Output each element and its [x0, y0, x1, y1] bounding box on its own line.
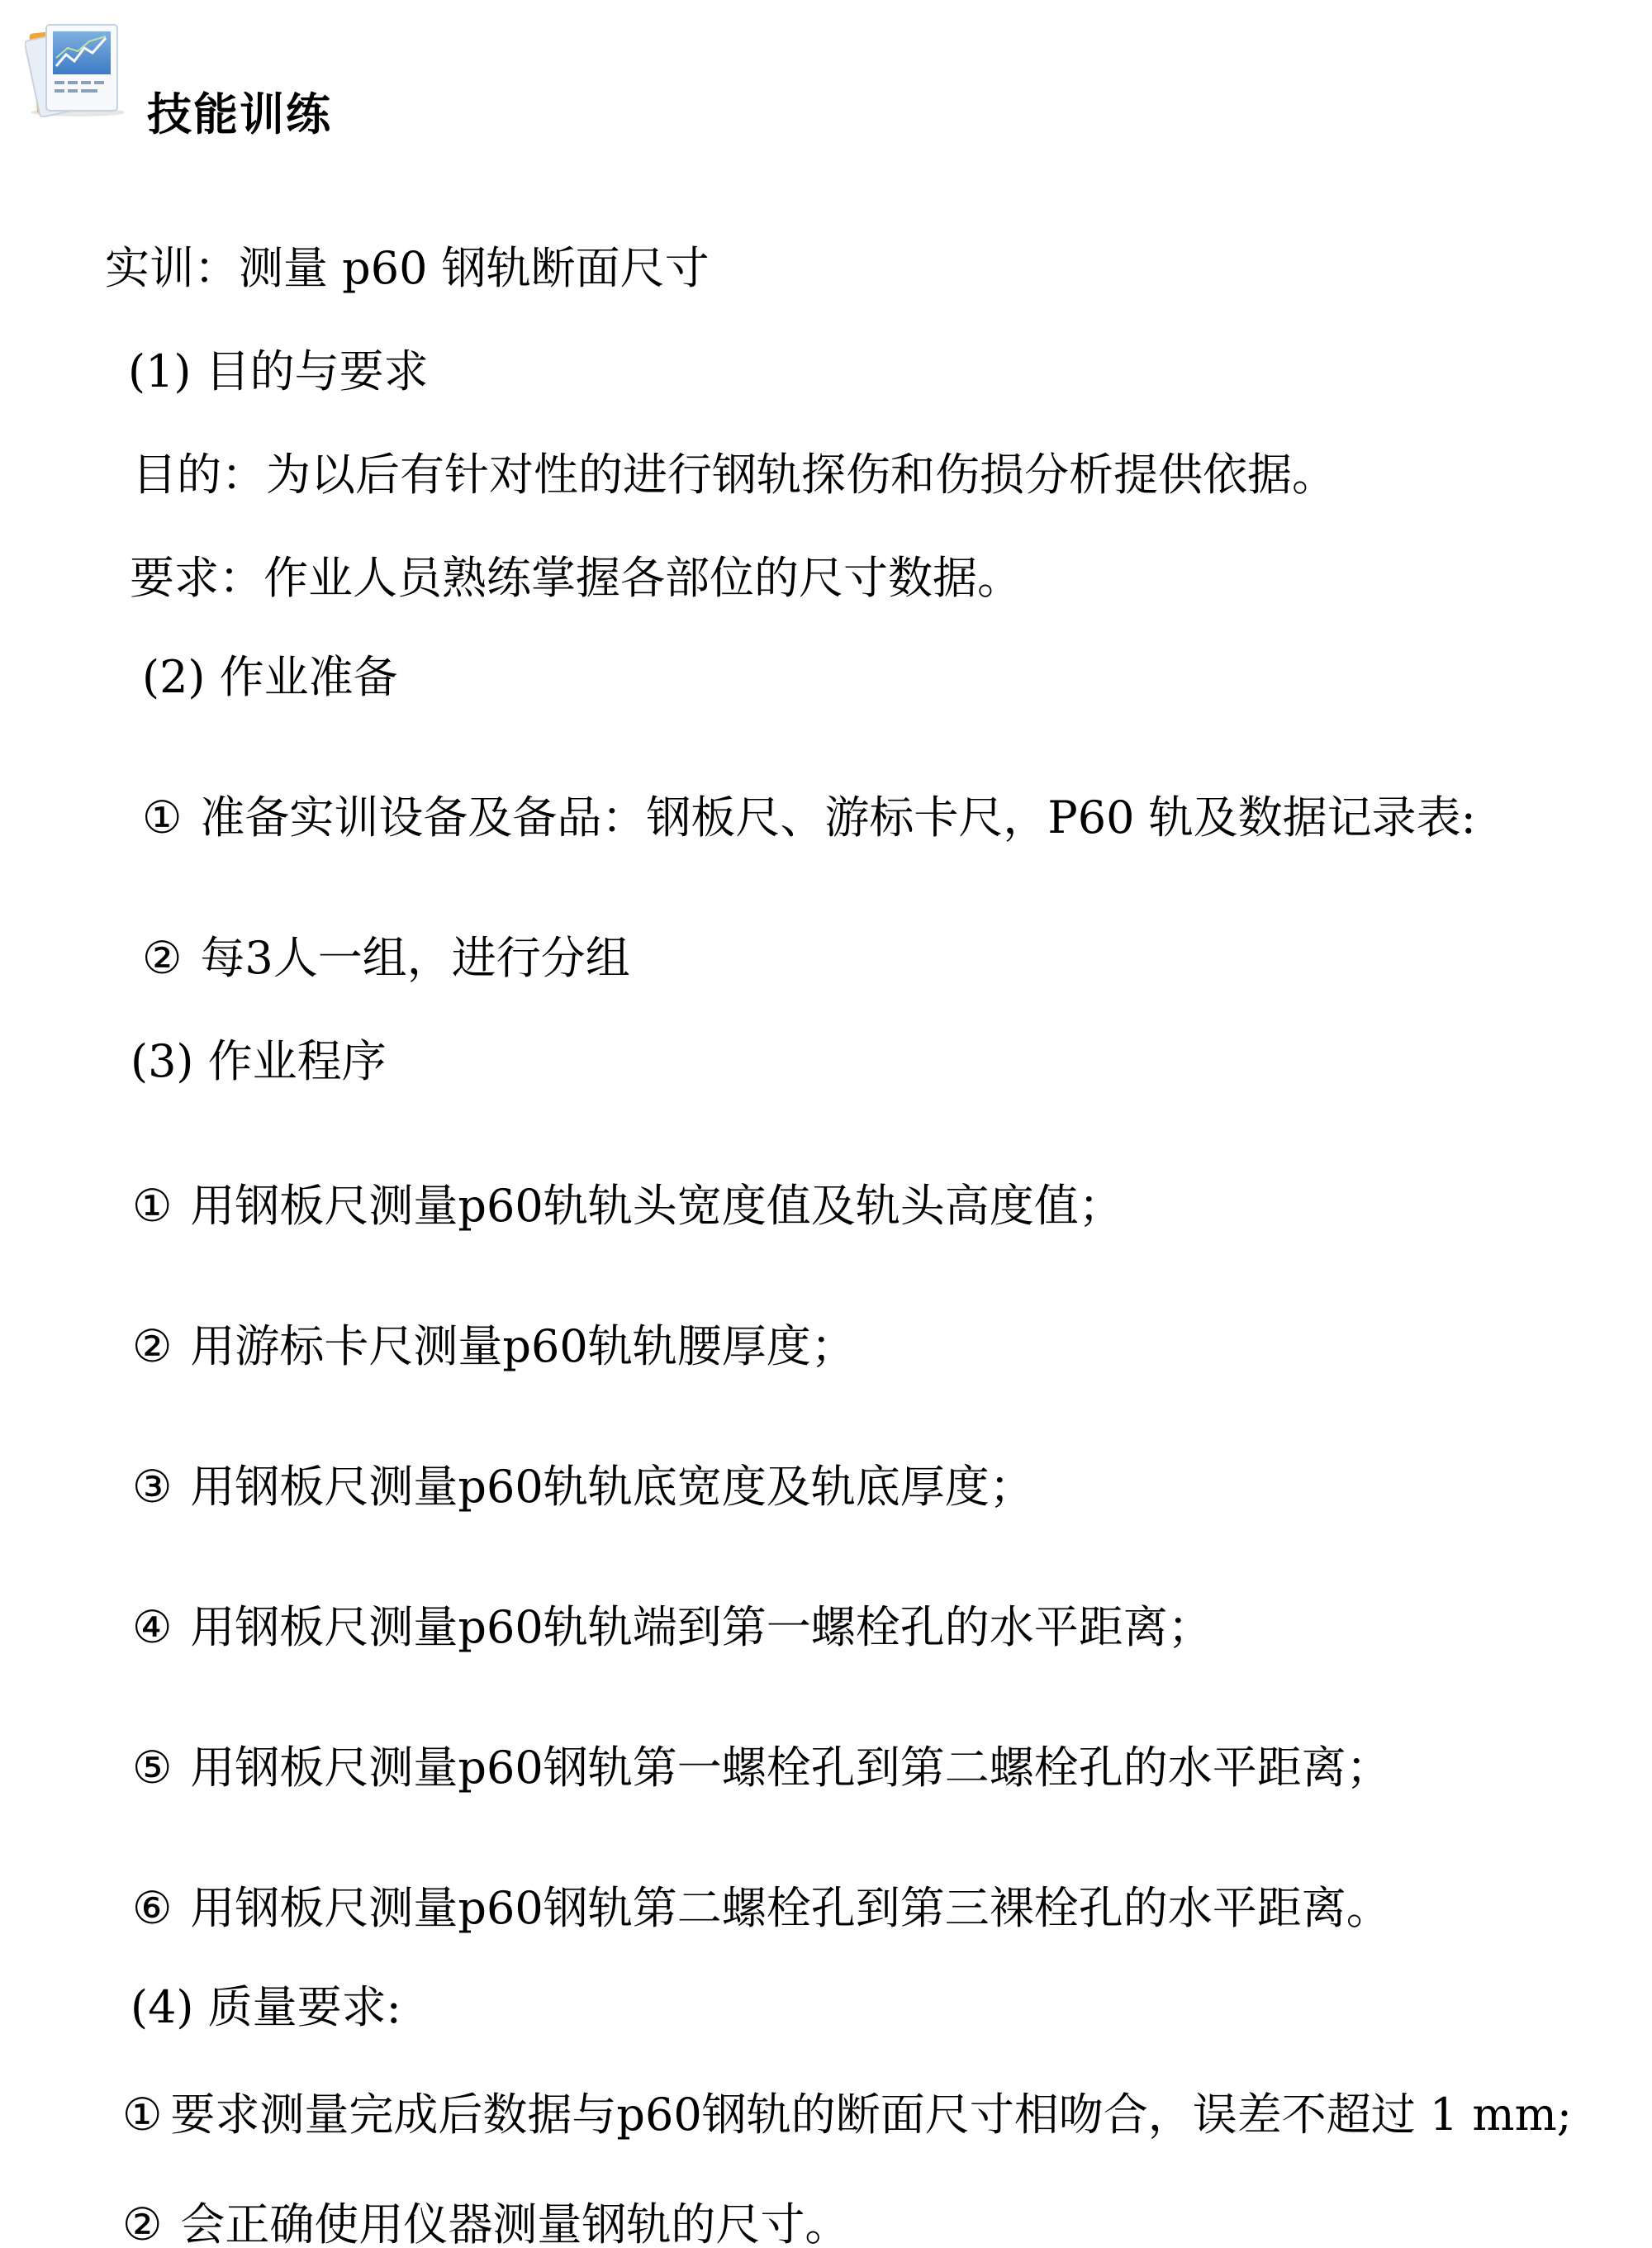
- training-heading: 实训：测量 p60 钢轨断面尺寸: [105, 240, 710, 297]
- list-text: 每3人一组，进行分组: [200, 932, 629, 984]
- list-number: ①: [132, 1177, 172, 1235]
- page-title: 技能训练: [147, 86, 332, 144]
- list-text: 要求测量完成后数据与p60钢轨的断面尺寸相吻合，误差不超过 1 mm;: [170, 2089, 1572, 2141]
- list-text: 会正确使用仪器测量钢轨的尺寸。: [180, 2198, 849, 2248]
- list-item: ①用钢板尺测量p60轨轨头宽度值及轨头高度值；: [132, 1177, 1123, 1235]
- list-item: ①准备实训设备及备品：钢板尺、游标卡尺，P60 轨及数据记录表:: [142, 789, 1476, 847]
- section-3-heading: (3) 作业程序: [131, 1033, 387, 1091]
- list-item: ⑤用钢板尺测量p60钢轨第一螺栓孔到第二螺栓孔的水平距离；: [132, 1739, 1391, 1797]
- list-text: 用游标卡尺测量p60轨轨腰厚度；: [190, 1320, 855, 1372]
- section-1-heading: (1) 目的与要求: [128, 343, 429, 401]
- list-text: 准备实训设备及备品：钢板尺、游标卡尺，P60 轨及数据记录表:: [200, 791, 1475, 844]
- purpose-text: 目的：为以后有针对性的进行钢轨探伤和伤损分析提供依据。: [132, 446, 1336, 504]
- list-item: ①要求测量完成后数据与p60钢轨的断面尺寸相吻合，误差不超过 1 mm;: [122, 2086, 1572, 2144]
- section-2-heading: (2) 作业准备: [142, 649, 398, 706]
- list-text: 用钢板尺测量p60钢轨第二螺栓孔到第三裸栓孔的水平距离。: [190, 1882, 1390, 1934]
- list-number: ②: [142, 929, 182, 987]
- list-item: ②会正确使用仪器测量钢轨的尺寸。: [122, 2196, 849, 2248]
- list-text: 用钢板尺测量p60轨轨底宽度及轨底厚度；: [190, 1461, 1033, 1513]
- list-number: ⑥: [132, 1880, 172, 1937]
- list-item: ④用钢板尺测量p60轨轨端到第一螺栓孔的水平距离；: [132, 1599, 1213, 1656]
- list-number: ⑤: [132, 1739, 172, 1797]
- list-item: ⑥用钢板尺测量p60钢轨第二螺栓孔到第三裸栓孔的水平距离。: [132, 1880, 1391, 1937]
- list-number: ②: [132, 1318, 172, 1376]
- list-number: ②: [122, 2196, 162, 2248]
- list-item: ②每3人一组，进行分组: [142, 929, 630, 987]
- list-item: ③用钢板尺测量p60轨轨底宽度及轨底厚度；: [132, 1458, 1034, 1516]
- requirement-text: 要求：作业人员熟练掌握各部位的尺寸数据。: [130, 549, 1022, 607]
- list-text: 用钢板尺测量p60轨轨端到第一螺栓孔的水平距离；: [190, 1601, 1212, 1653]
- list-number: ①: [122, 2086, 162, 2144]
- list-text: 用钢板尺测量p60轨轨头宽度值及轨头高度值；: [190, 1180, 1123, 1232]
- chart-report-icon: [25, 12, 124, 117]
- list-number: ③: [132, 1458, 172, 1516]
- list-item: ②用游标卡尺测量p60轨轨腰厚度；: [132, 1318, 856, 1376]
- list-number: ④: [132, 1599, 172, 1656]
- list-number: ①: [142, 789, 182, 847]
- list-text: 用钢板尺测量p60钢轨第一螺栓孔到第二螺栓孔的水平距离；: [190, 1742, 1390, 1794]
- section-4-heading: (4) 质量要求:: [131, 1979, 401, 2037]
